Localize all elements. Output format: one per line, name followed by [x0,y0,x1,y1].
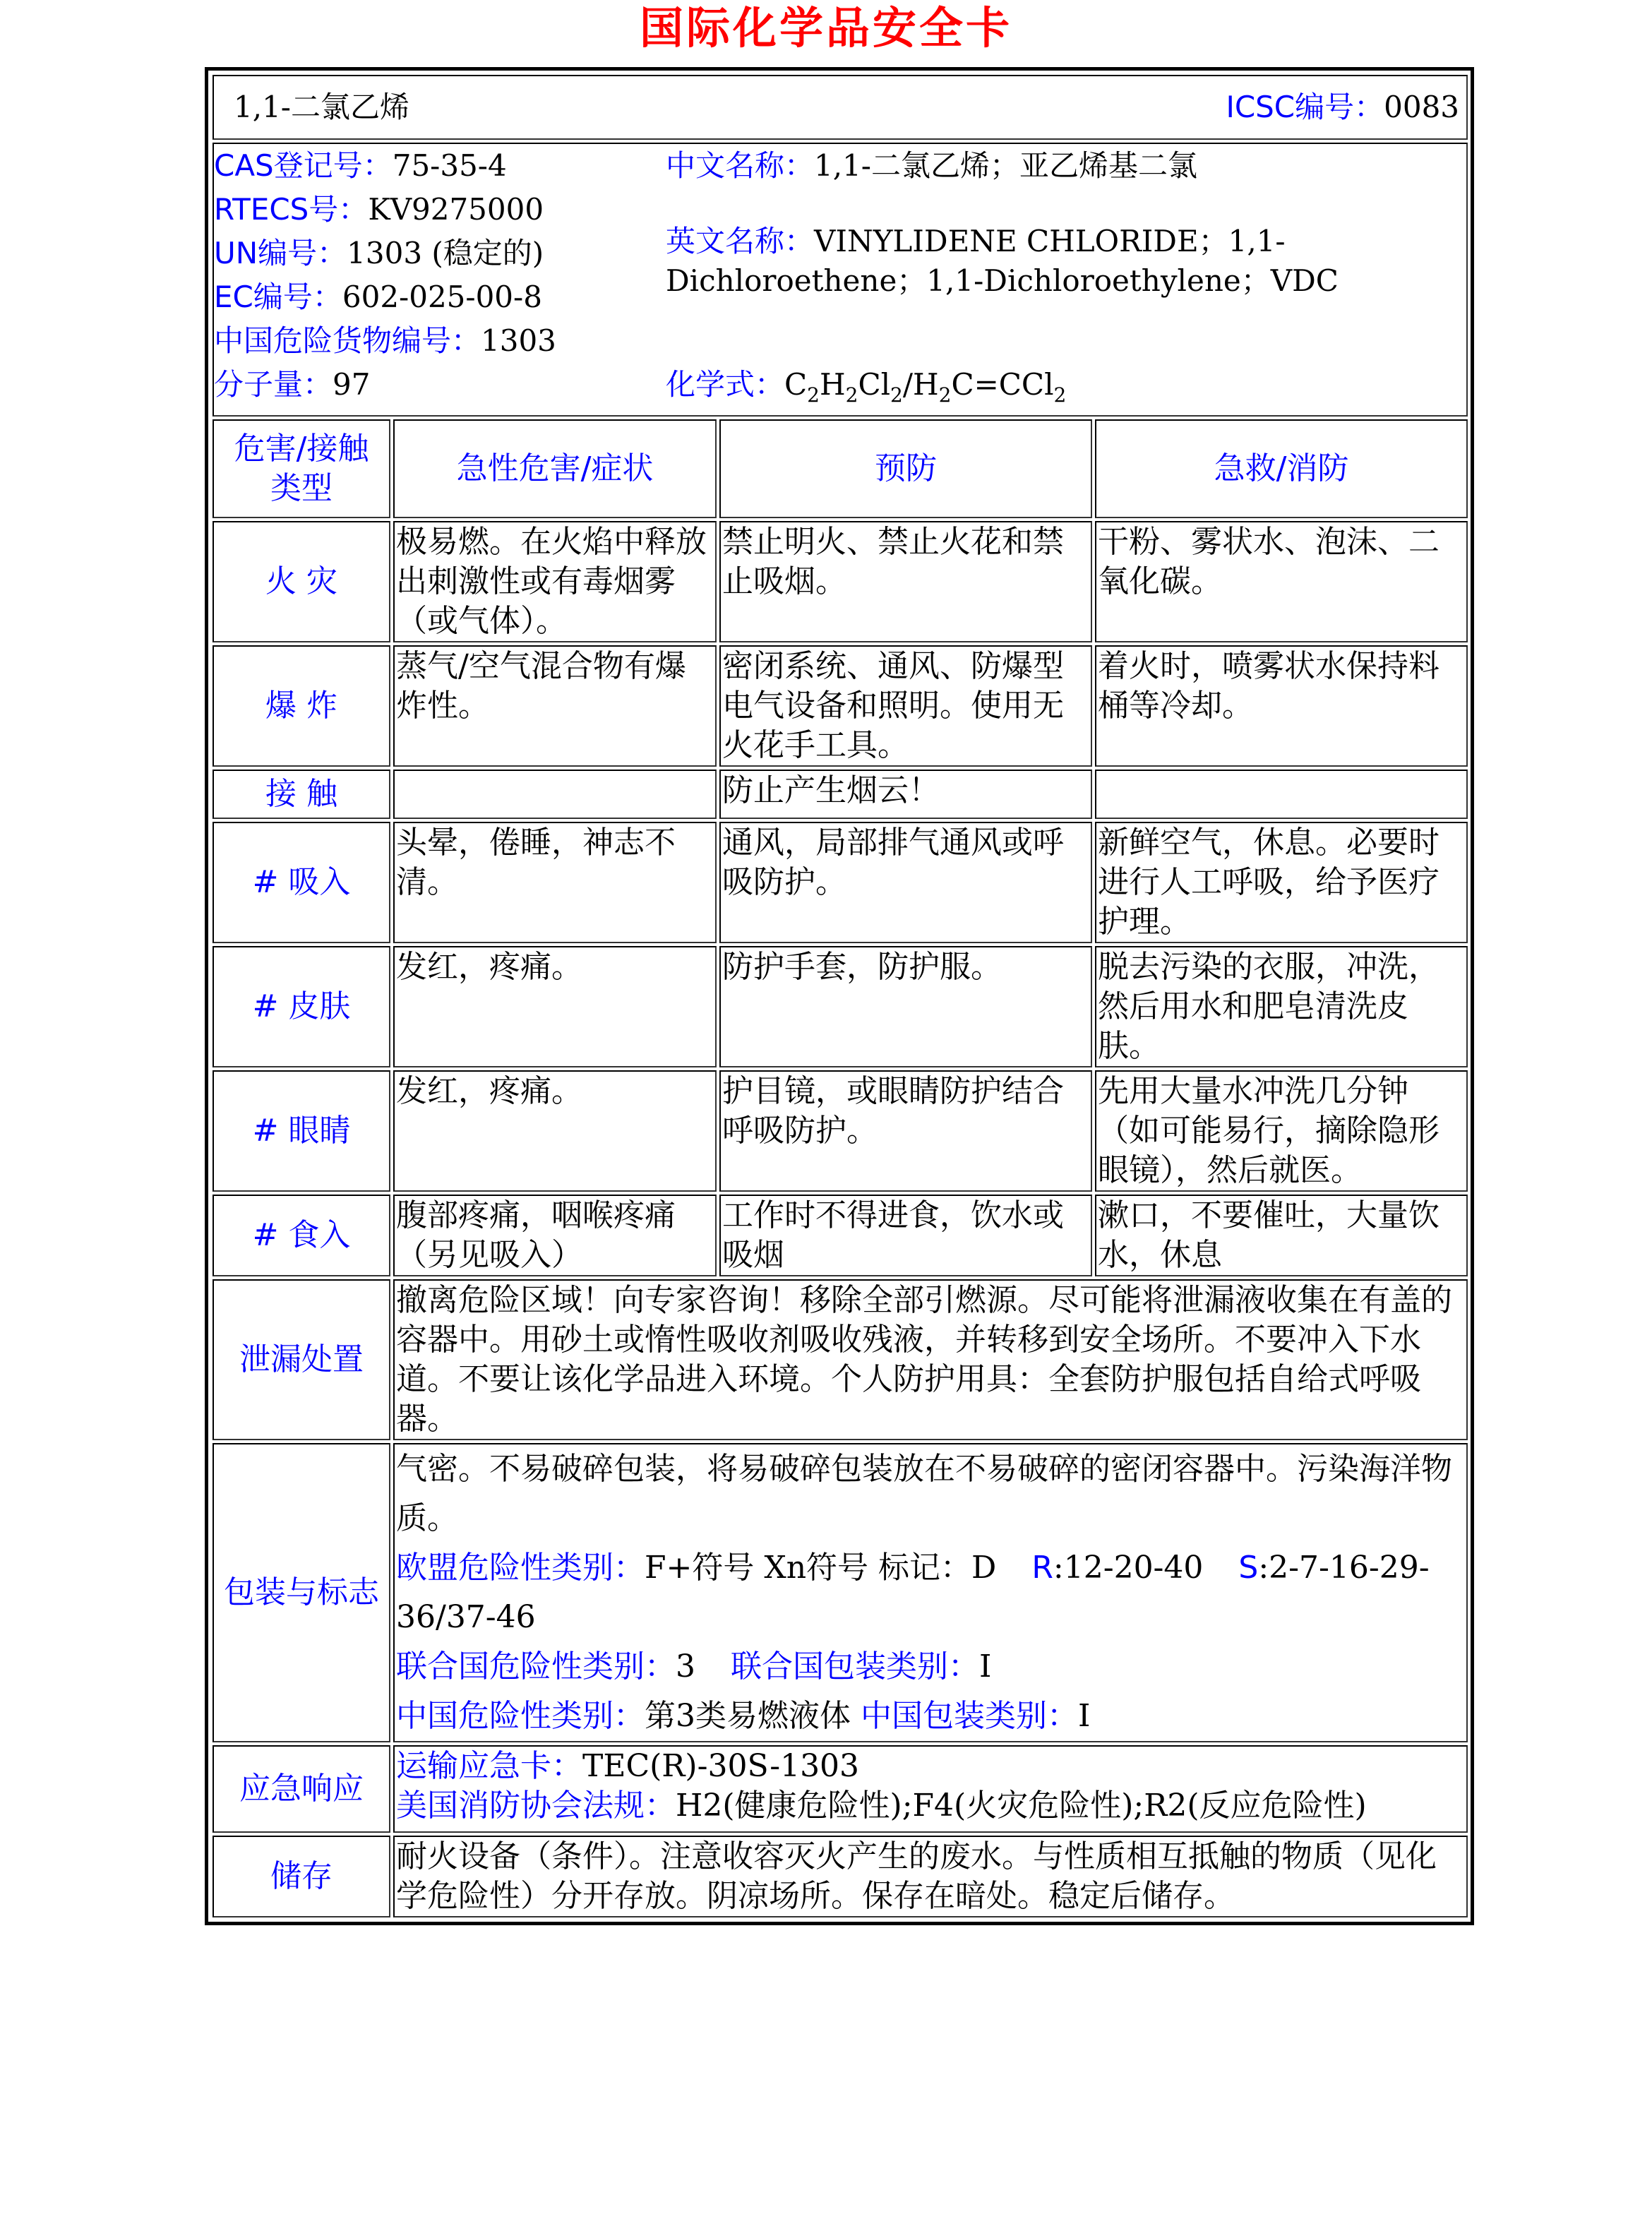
storage-text: 耐火设备（条件）。注意收容灭火产生的废水。与性质相互抵触的物质（见化学危险性）分… [393,1836,1468,1917]
emergency-row: 应急响应 运输应急卡：TEC(R)-30S-1303 美国消防协会法规：H2(健… [213,1745,1468,1833]
first-aid-cell [1095,770,1468,819]
molecular-weight-label: 分子量： [214,367,333,402]
cn-class-value: 第3类易燃液体 [645,1698,851,1734]
symptoms-cell: 头晕，倦睡，神志不清。 [393,822,717,943]
hazard-type: 接 触 [213,770,390,819]
spill-label: 泄漏处置 [213,1279,390,1440]
first-aid-cell: 新鲜空气，休息。必要时进行人工呼吸，给予医疗护理。 [1095,822,1468,943]
hazard-row-eyes: # 眼睛 发红，疼痛。 护目镜，或眼睛防护结合呼吸防护。 先用大量水冲洗几分钟（… [213,1070,1468,1192]
prevention-cell: 禁止明火、禁止火花和禁止吸烟。 [719,521,1092,642]
hazard-type: 火 灾 [213,521,390,642]
molecular-weight-line: 分子量：97 [214,363,666,407]
nfpa-value: H2(健康危险性);F4(火灾危险性);R2(反应危险性) [676,1788,1367,1824]
un-value: 1303 (稳定的) [347,236,544,270]
hazard-type: # 眼睛 [213,1070,390,1192]
cas-label: CAS登记号： [214,148,393,183]
chemical-name: 1,1-二氯乙烯 [234,90,409,124]
un-line: UN编号：1303 (稳定的) [214,232,666,275]
rtecs-label: RTECS号： [214,192,368,227]
storage-label: 储存 [213,1836,390,1917]
un-class-value: 3 [676,1648,695,1685]
chinese-name-value: 1,1-二氯乙烯；亚乙烯基二氯 [814,148,1197,183]
chinese-name-label: 中文名称： [666,148,814,183]
eu-classification: 欧盟危险性类别：F+符号 Xn符号 标记：DR:12-20-40S:2-7-16… [396,1543,1465,1642]
tec-value: TEC(R)-30S-1303 [582,1748,859,1784]
card-header-cell: 1,1-二氯乙烯 ICSC编号：0083 [213,75,1468,140]
tec-line: 运输应急卡：TEC(R)-30S-1303 [396,1747,1465,1786]
cn-dangerous-goods-line: 中国危险货物编号：1303 [214,319,666,363]
prevention-cell: 护目镜，或眼睛防护结合呼吸防护。 [719,1070,1092,1192]
symptoms-cell: 发红，疼痛。 [393,946,717,1067]
cas-line: CAS登记号：75-35-4 [214,144,666,188]
molecular-weight-value: 97 [333,367,370,402]
packaging-row: 包装与标志 气密。不易破碎包装，将易破碎包装放在不易破碎的密闭容器中。污染海洋物… [213,1443,1468,1742]
cn-class-label: 中国危险性类别： [396,1698,645,1734]
safety-card: 1,1-二氯乙烯 ICSC编号：0083 CAS登记号：75-35-4 RTEC… [205,67,1474,1925]
identifiers-row: CAS登记号：75-35-4 RTECS号：KV9275000 UN编号：130… [213,143,1468,417]
header-prevention: 预防 [719,419,1092,518]
cn-pack-label: 中国包装类别： [861,1698,1078,1734]
page-title: 国际化学品安全卡 [0,0,1652,64]
hazard-type: # 食入 [213,1195,390,1276]
packaging-label: 包装与标志 [213,1443,390,1742]
first-aid-cell: 脱去污染的衣服，冲洗，然后用水和肥皂清洗皮肤。 [1095,946,1468,1067]
formula-label: 化学式： [666,367,784,402]
hazard-header-row: 危害/接触类型 急性危害/症状 预防 急救/消防 [213,419,1468,518]
cn-dangerous-goods-label: 中国危险货物编号： [214,323,481,358]
symptoms-cell: 腹部疼痛，咽喉疼痛（另见吸入） [393,1195,717,1276]
header-first-aid: 急救/消防 [1095,419,1468,518]
english-name-line: 英文名称：VINYLIDENE CHLORIDE；1,1-Dichloroeth… [666,222,1449,363]
r-phrase-value: :12-20-40 [1053,1550,1204,1586]
emergency-label: 应急响应 [213,1745,390,1833]
first-aid-cell: 先用大量水冲洗几分钟（如可能易行，摘除隐形眼镜），然后就医。 [1095,1070,1468,1192]
prevention-cell: 防护手套，防护服。 [719,946,1092,1067]
emergency-cell: 运输应急卡：TEC(R)-30S-1303 美国消防协会法规：H2(健康危险性)… [393,1745,1468,1833]
un-classification: 联合国危险性类别：3联合国包装类别：I [396,1642,1465,1692]
hazard-row-ingestion: # 食入 腹部疼痛，咽喉疼痛（另见吸入） 工作时不得进食，饮水或吸烟 漱口，不要… [213,1195,1468,1276]
prevention-cell: 通风，局部排气通风或呼吸防护。 [719,822,1092,943]
ec-line: EC编号：602-025-00-8 [214,275,666,319]
hazard-type: # 皮肤 [213,946,390,1067]
symptoms-cell: 蒸气/空气混合物有爆炸性。 [393,645,717,767]
packaging-cell: 气密。不易破碎包装，将易破碎包装放在不易破碎的密闭容器中。污染海洋物质。 欧盟危… [393,1443,1468,1742]
un-pack-value: I [979,1648,991,1685]
hazard-row-explosion: 爆 炸 蒸气/空气混合物有爆炸性。 密闭系统、通风、防爆型电气设备和照明。使用无… [213,645,1468,767]
rtecs-value: KV9275000 [368,192,544,227]
spill-row: 泄漏处置 撤离危险区域！向专家咨询！移除全部引燃源。尽可能将泄漏液收集在有盖的容… [213,1279,1468,1440]
eu-value: F+符号 Xn符号 标记：D [645,1550,996,1586]
formula-line: 化学式：C2H2Cl2/H2C=CCl2 [666,363,1449,407]
s-phrase-label: S [1238,1550,1258,1586]
hazard-row-fire: 火 灾 极易燃。在火焰中释放出刺激性或有毒烟雾（或气体）。 禁止明火、禁止火花和… [213,521,1468,642]
english-name-label: 英文名称： [666,224,814,258]
hazard-row-contact: 接 触 防止产生烟云！ [213,770,1468,819]
first-aid-cell: 着火时，喷雾状水保持料桶等冷却。 [1095,645,1468,767]
identifiers-right: 中文名称：1,1-二氯乙烯；亚乙烯基二氯 英文名称：VINYLIDENE CHL… [666,144,1449,407]
hazard-row-skin: # 皮肤 发红，疼痛。 防护手套，防护服。 脱去污染的衣服，冲洗，然后用水和肥皂… [213,946,1468,1067]
icsc-label: ICSC编号： [1226,90,1384,124]
card-header-row: 1,1-二氯乙烯 ICSC编号：0083 [213,75,1468,140]
ec-value: 602-025-00-8 [342,280,542,314]
un-label: UN编号： [214,236,347,270]
un-pack-label: 联合国包装类别： [731,1648,979,1685]
hazard-row-inhalation: # 吸入 头晕，倦睡，神志不清。 通风，局部排气通风或呼吸防护。 新鲜空气，休息… [213,822,1468,943]
eu-label: 欧盟危险性类别： [396,1550,645,1586]
formula-value: C2H2Cl2/H2C=CCl2 [784,367,1066,402]
identifiers-left: CAS登记号：75-35-4 RTECS号：KV9275000 UN编号：130… [214,144,666,407]
hazard-type: # 吸入 [213,822,390,943]
first-aid-cell: 干粉、雾状水、泡沫、二氧化碳。 [1095,521,1468,642]
identifiers-cell: CAS登记号：75-35-4 RTECS号：KV9275000 UN编号：130… [213,143,1468,417]
icsc-value: 0083 [1384,90,1459,124]
icsc-number: ICSC编号：0083 [1226,88,1459,127]
prevention-cell: 密闭系统、通风、防爆型电气设备和照明。使用无火花手工具。 [719,645,1092,767]
spill-text: 撤离危险区域！向专家咨询！移除全部引燃源。尽可能将泄漏液收集在有盖的容器中。用砂… [393,1279,1468,1440]
nfpa-label: 美国消防协会法规： [396,1788,676,1824]
symptoms-cell [393,770,717,819]
storage-row: 储存 耐火设备（条件）。注意收容灭火产生的废水。与性质相互抵触的物质（见化学危险… [213,1836,1468,1917]
chinese-name-line: 中文名称：1,1-二氯乙烯；亚乙烯基二氯 [666,144,1449,222]
header-hazard-type: 危害/接触类型 [213,419,390,518]
nfpa-line: 美国消防协会法规：H2(健康危险性);F4(火灾危险性);R2(反应危险性) [396,1786,1465,1826]
symptoms-cell: 发红，疼痛。 [393,1070,717,1192]
cn-classification: 中国危险性类别：第3类易燃液体 中国包装类别：I [396,1692,1465,1741]
card-table: 1,1-二氯乙烯 ICSC编号：0083 CAS登记号：75-35-4 RTEC… [210,72,1471,1920]
prevention-cell: 防止产生烟云！ [719,770,1092,819]
symptoms-cell: 极易燃。在火焰中释放出刺激性或有毒烟雾（或气体）。 [393,521,717,642]
un-class-label: 联合国危险性类别： [396,1648,676,1685]
cn-dangerous-goods-value: 1303 [481,323,556,358]
hazard-type: 爆 炸 [213,645,390,767]
header-symptoms: 急性危害/症状 [393,419,717,518]
prevention-cell: 工作时不得进食，饮水或吸烟 [719,1195,1092,1276]
packaging-text: 气密。不易破碎包装，将易破碎包装放在不易破碎的密闭容器中。污染海洋物质。 [396,1444,1465,1543]
cn-pack-value: I [1078,1698,1090,1734]
r-phrase-label: R [1031,1550,1053,1586]
ec-label: EC编号： [214,280,342,314]
rtecs-line: RTECS号：KV9275000 [214,188,666,232]
tec-label: 运输应急卡： [396,1748,582,1784]
cas-value: 75-35-4 [393,148,507,183]
first-aid-cell: 漱口，不要催吐，大量饮水，休息 [1095,1195,1468,1276]
